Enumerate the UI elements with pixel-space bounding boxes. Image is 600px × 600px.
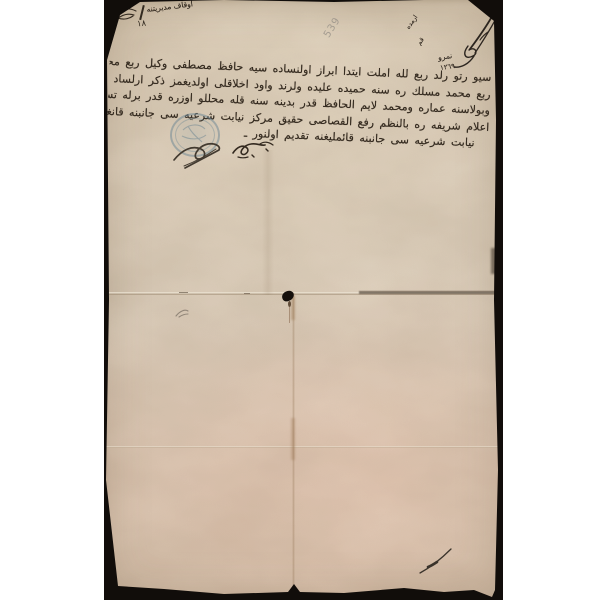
- manuscript-body: سيو رتو رلد ربع لله املت ايتدا ابراز اول…: [107, 54, 492, 152]
- registration-flourish-scribble: [448, 2, 502, 72]
- horizontal-fold-crease-lower: [104, 446, 498, 448]
- pencil-smudge: [174, 306, 190, 320]
- fold-stain: [291, 418, 295, 460]
- left-edge-ink-speck: [104, 76, 107, 85]
- ink-blot-drip-line: [289, 307, 290, 323]
- docket-number: ١٨: [137, 19, 147, 30]
- pencil-scribble-over-stamp: [170, 138, 224, 170]
- right-edge-dark-mark: [491, 248, 496, 274]
- signature-scribble: [230, 135, 278, 161]
- ink-slash-mark: [416, 545, 456, 577]
- docket-divider-slash: [139, 5, 144, 20]
- document-photo: اوقاف مديريتنه ١٨ 539 ارمده قم نمرو ١٢٦٩…: [104, 0, 503, 600]
- manuscript-paper: اوقاف مديريتنه ١٨ 539 ارمده قم نمرو ١٢٦٩…: [104, 0, 503, 600]
- fold-dash: [244, 293, 250, 294]
- vertical-fold-faint: [262, 150, 274, 295]
- top-left-docket: اوقاف مديريتنه: [112, 5, 192, 25]
- fold-stain: [291, 296, 295, 320]
- docket-flourish-scribble: [112, 5, 138, 25]
- fold-dash: [179, 292, 188, 293]
- fold-shadow-right: [359, 291, 496, 294]
